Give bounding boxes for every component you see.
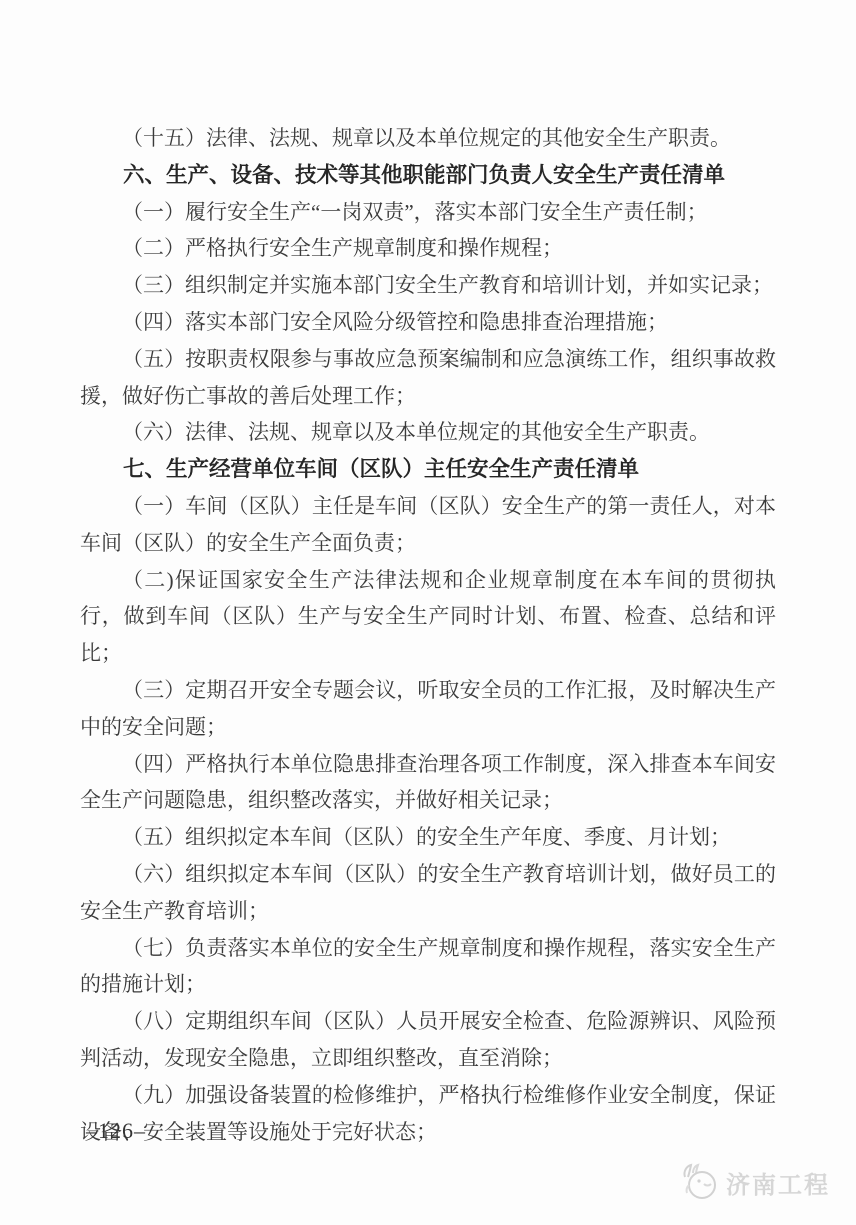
paragraph: （四）严格执行本单位隐患排查治理各项工作制度，深入排查本车间安全生产问题隐患，组… <box>80 746 776 820</box>
paragraph: （七）负责落实本单位的安全生产规章制度和操作规程，落实安全生产的措施计划； <box>80 930 776 1004</box>
paragraph: （四）落实本部门安全风险分级管控和隐患排查治理措施； <box>80 304 776 341</box>
paragraph: （九）加强设备装置的检修维护，严格执行检维修作业安全制度，保证设备、安全装置等设… <box>80 1077 776 1151</box>
watermark: 济南工程 <box>679 1163 830 1201</box>
paragraph: （六）法律、法规、规章以及本单位规定的其他安全生产职责。 <box>80 414 776 451</box>
document-page: （十五）法律、法规、规章以及本单位规定的其他安全生产职责。六、生产、设备、技术等… <box>0 0 856 1225</box>
page-number: –126– <box>86 1118 146 1144</box>
section-heading: 七、生产经营单位车间（区队）主任安全生产责任清单 <box>80 451 776 488</box>
paragraph: （十五）法律、法规、规章以及本单位规定的其他安全生产职责。 <box>80 120 776 157</box>
watermark-text: 济南工程 <box>726 1165 830 1200</box>
mascot-logo-icon <box>679 1163 721 1201</box>
paragraph: （五）按职责权限参与事故应急预案编制和应急演练工作，组织事故救援，做好伤亡事故的… <box>80 341 776 415</box>
paragraph: （五）组织拟定本车间（区队）的安全生产年度、季度、月计划； <box>80 819 776 856</box>
paragraph: （一）履行安全生产“一岗双责”，落实本部门安全生产责任制； <box>80 194 776 231</box>
section-heading: 六、生产、设备、技术等其他职能部门负责人安全生产责任清单 <box>80 157 776 194</box>
paragraph: （二）严格执行安全生产规章制度和操作规程； <box>80 230 776 267</box>
paragraph: （三）定期召开安全专题会议，听取安全员的工作汇报，及时解决生产中的安全问题； <box>80 672 776 746</box>
paragraph: （六）组织拟定本车间（区队）的安全生产教育培训计划，做好员工的安全生产教育培训； <box>80 856 776 930</box>
paragraph: （三）组织制定并实施本部门安全生产教育和培训计划，并如实记录； <box>80 267 776 304</box>
paragraph: （二)保证国家安全生产法律法规和企业规章制度在本车间的贯彻执行，做到车间（区队）… <box>80 562 776 672</box>
document-body: （十五）法律、法规、规章以及本单位规定的其他安全生产职责。六、生产、设备、技术等… <box>80 120 776 1150</box>
paragraph: （一）车间（区队）主任是车间（区队）安全生产的第一责任人，对本车间（区队）的安全… <box>80 488 776 562</box>
paragraph: （八）定期组织车间（区队）人员开展安全检查、危险源辨识、风险预判活动，发现安全隐… <box>80 1003 776 1077</box>
